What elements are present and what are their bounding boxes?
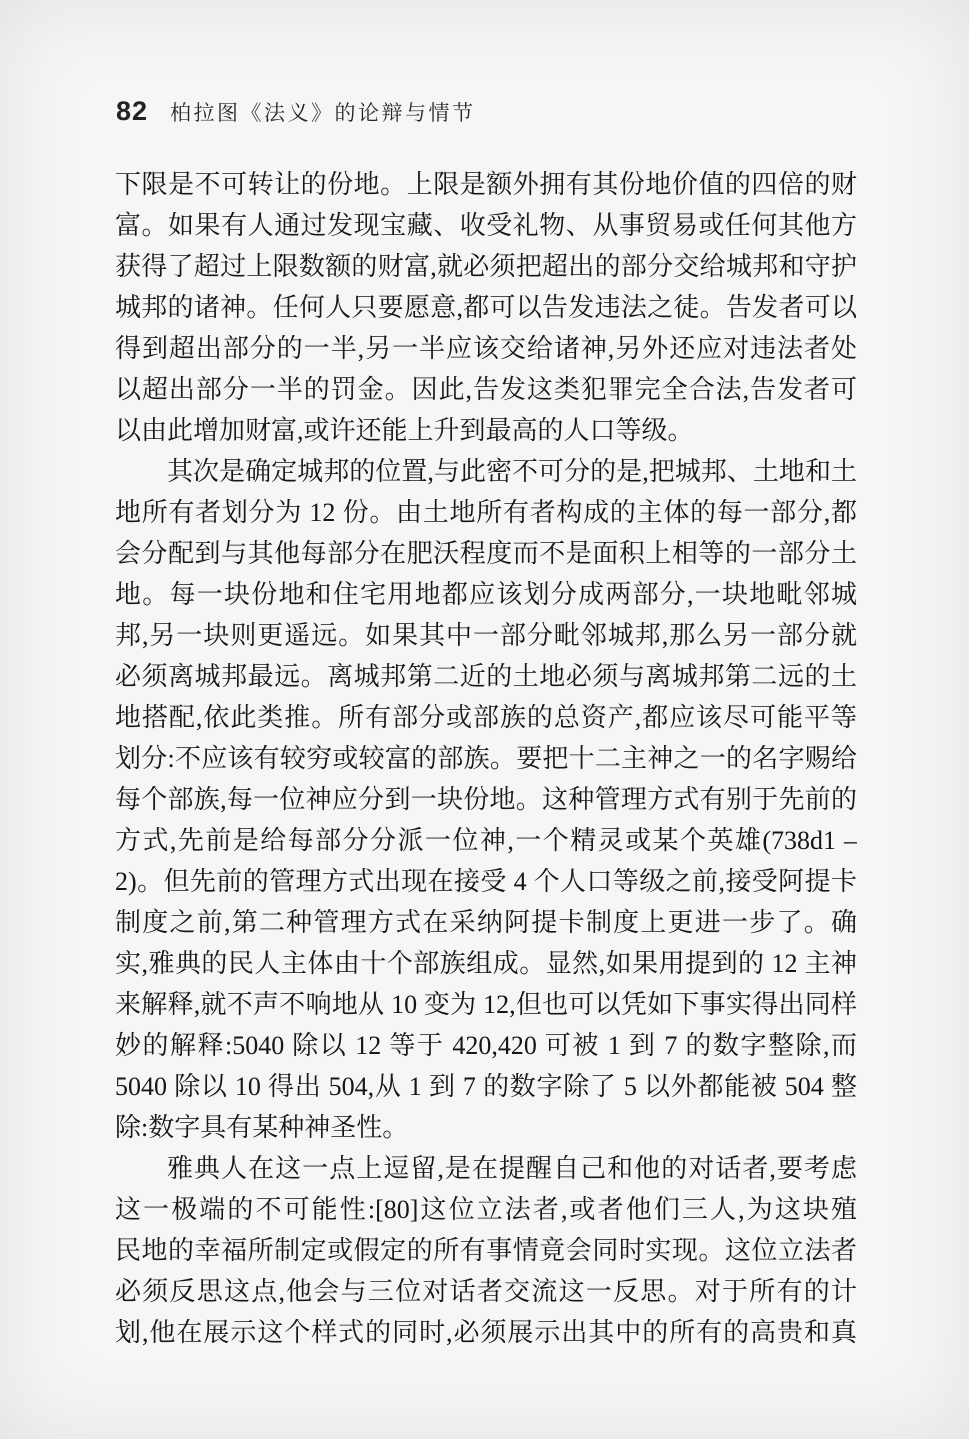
text-line: 来解释,就不声不响地从 10 变为 12,但也可以凭如下事实得出同样 xyxy=(115,984,857,1025)
text-line: 制度之前,第二种管理方式在采纳阿提卡制度上更进一步了。确 xyxy=(115,902,857,943)
paragraph: 其次是确定城邦的位置,与此密不可分的是,把城邦、土地和土 地所有者划分为 12 … xyxy=(115,451,857,1148)
text-line: 妙的解释:5040 除以 12 等于 420,420 可被 1 到 7 的数字整… xyxy=(115,1025,857,1066)
paragraph: 雅典人在这一点上逗留,是在提醒自己和他的对话者,要考虑 这一极端的不可能性:[8… xyxy=(115,1148,857,1353)
text-line: 方式,先前是给每部分分派一位神,一个精灵或某个英雄(738d1 – xyxy=(115,820,857,861)
book-page: 82 柏拉图《法义》的论辩与情节 下限是不可转让的份地。上限是额外拥有其份地价值… xyxy=(0,0,969,1439)
text-line: 城邦的诸神。任何人只要愿意,都可以告发违法之徒。告发者可以 xyxy=(115,287,857,328)
text-line: 划,他在展示这个样式的同时,必须展示出其中的所有的高贵和真 xyxy=(115,1312,857,1353)
running-header: 82 柏拉图《法义》的论辩与情节 xyxy=(116,96,858,127)
text-line: 划分:不应该有较穷或较富的部族。要把十二主神之一的名字赐给 xyxy=(115,738,857,779)
text-line: 其次是确定城邦的位置,与此密不可分的是,把城邦、土地和土 xyxy=(115,451,857,492)
text-line: 以超出部分一半的罚金。因此,告发这类犯罪完全合法,告发者可 xyxy=(115,369,857,410)
text-line: 除:数字具有某种神圣性。 xyxy=(115,1107,857,1148)
body-text: 下限是不可转让的份地。上限是额外拥有其份地价值的四倍的财 富。如果有人通过发现宝… xyxy=(115,164,857,1353)
text-line: 每个部族,每一位神应分到一块份地。这种管理方式有别于先前的 xyxy=(115,779,857,820)
text-line: 民地的幸福所制定或假定的所有事情竟会同时实现。这位立法者 xyxy=(115,1230,857,1271)
page-number: 82 xyxy=(116,96,148,127)
text-line: 地。每一块份地和住宅用地都应该划分成两部分,一块地毗邻城 xyxy=(115,574,857,615)
text-line: 以由此增加财富,或许还能上升到最高的人口等级。 xyxy=(115,410,857,451)
text-line: 得到超出部分的一半,另一半应该交给诸神,另外还应对违法者处 xyxy=(115,328,857,369)
text-line: 这一极端的不可能性:[80]这位立法者,或者他们三人,为这块殖 xyxy=(115,1189,857,1230)
text-line: 邦,另一块则更遥远。如果其中一部分毗邻城邦,那么另一部分就 xyxy=(115,615,857,656)
text-line: 必须反思这点,他会与三位对话者交流这一反思。对于所有的计 xyxy=(115,1271,857,1312)
text-line: 富。如果有人通过发现宝藏、收受礼物、从事贸易或任何其他方式 xyxy=(115,205,857,246)
text-line: 必须离城邦最远。离城邦第二近的土地必须与离城邦第二远的土 xyxy=(115,656,857,697)
text-line: 雅典人在这一点上逗留,是在提醒自己和他的对话者,要考虑 xyxy=(115,1148,857,1189)
paragraph: 下限是不可转让的份地。上限是额外拥有其份地价值的四倍的财 富。如果有人通过发现宝… xyxy=(115,164,857,451)
text-line: 下限是不可转让的份地。上限是额外拥有其份地价值的四倍的财 xyxy=(115,164,857,205)
text-line: 地搭配,依此类推。所有部分或部族的总资产,都应该尽可能平等 xyxy=(115,697,857,738)
text-line: 实,雅典的民人主体由十个部族组成。显然,如果用提到的 12 主神 xyxy=(115,943,857,984)
text-line: 5040 除以 10 得出 504,从 1 到 7 的数字除了 5 以外都能被 … xyxy=(115,1066,857,1107)
text-line: 2)。但先前的管理方式出现在接受 4 个人口等级之前,接受阿提卡 xyxy=(115,861,857,902)
text-line: 地所有者划分为 12 份。由土地所有者构成的主体的每一部分,都 xyxy=(115,492,857,533)
text-line: 会分配到与其他每部分在肥沃程度而不是面积上相等的一部分土 xyxy=(115,533,857,574)
chapter-title: 柏拉图《法义》的论辩与情节 xyxy=(170,97,476,127)
text-line: 获得了超过上限数额的财富,就必须把超出的部分交给城邦和守护 xyxy=(115,246,857,287)
